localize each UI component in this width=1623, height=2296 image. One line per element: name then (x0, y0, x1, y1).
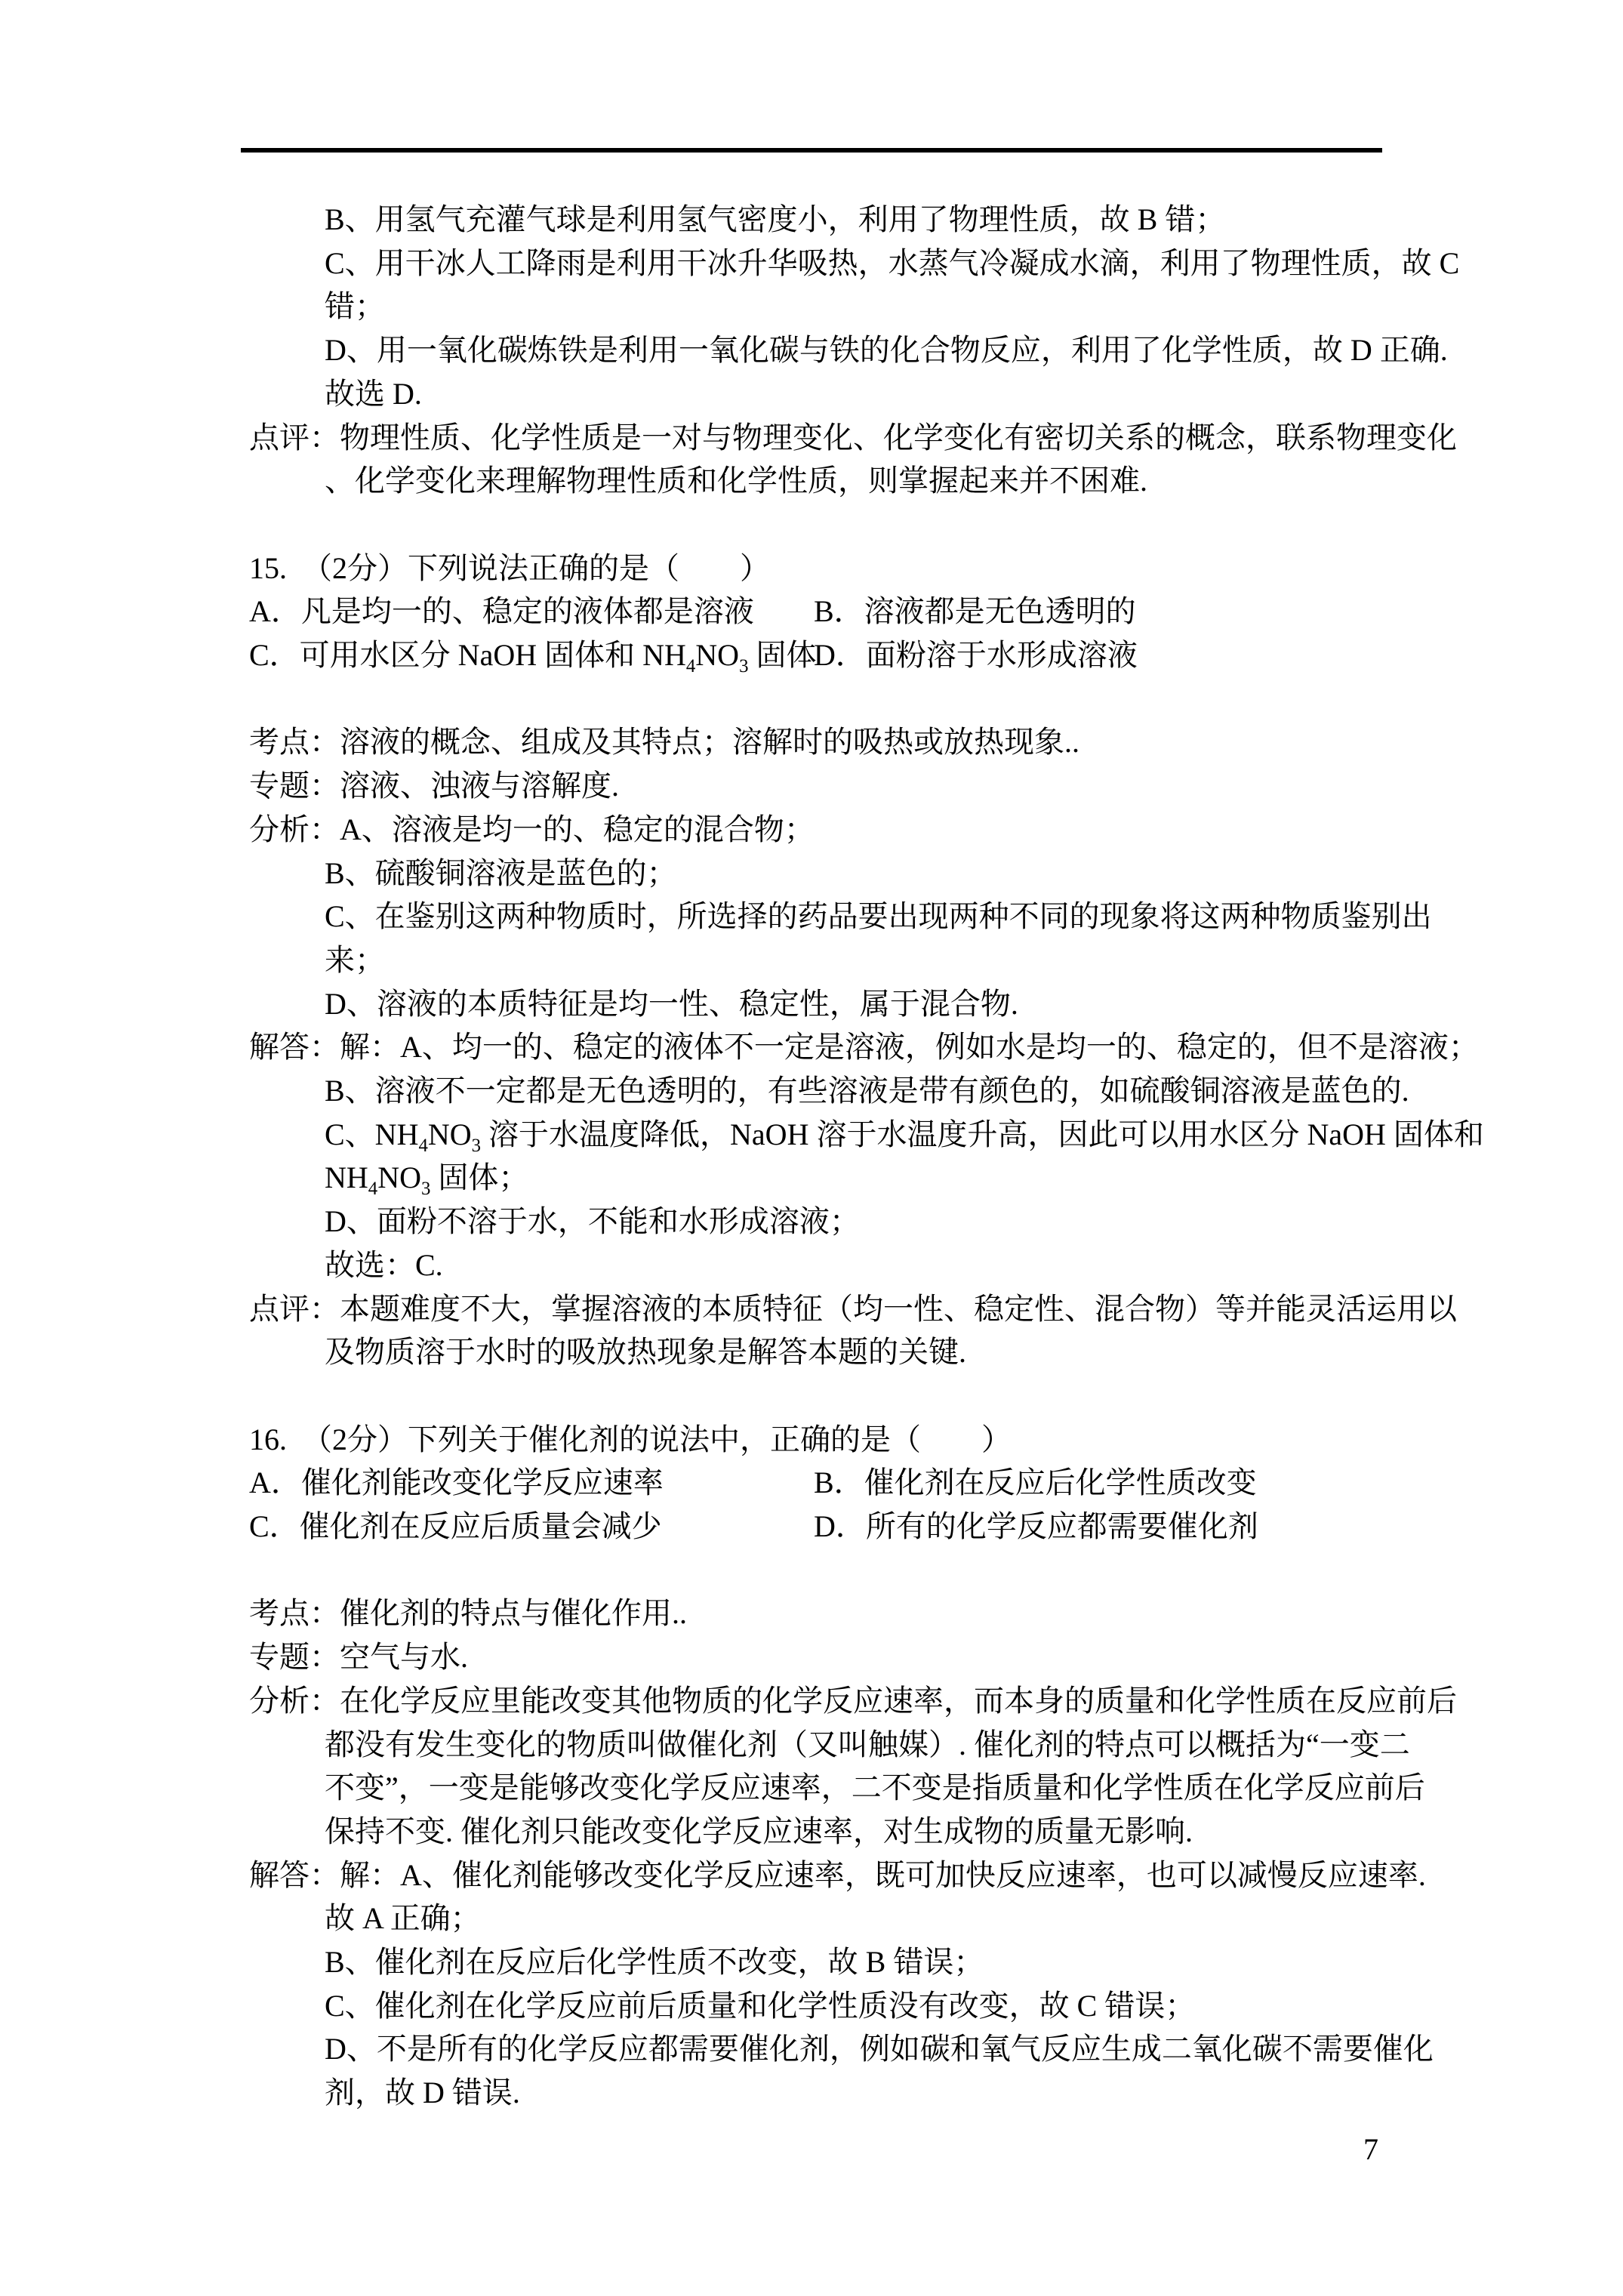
page-number: 7 (1363, 2128, 1378, 2171)
question15-fenxi-d: D、溶液的本质特征是均一性、稳定性，属于混合物. (249, 982, 1532, 1026)
prev-comment-line1: 点评：物理性质、化学性质是一对与物理变化、化学变化有密切关系的概念，联系物理变化 (249, 416, 1532, 460)
subscript: 4 (418, 1136, 427, 1156)
question15-fenxi-c-line1: C、在鉴别这两种物质时，所选择的药品要出现两种不同的现象将这两种物质鉴别出 (249, 895, 1532, 938)
question16-fenxi-line1: 分析：在化学反应里能改变其他物质的化学反应速率，而本身的质量和化学性质在反应前后 (249, 1679, 1532, 1723)
question15-title: 15. （2分）下列说法正确的是（ ） (249, 547, 1532, 590)
prev-answer-option-d: D、用一氧化碳炼铁是利用一氧化碳与铁的化合物反应，利用了化学性质，故 D 正确. (249, 328, 1532, 372)
question15-options-row2: C．可用水区分 NaOH 固体和 NH4NO3 固体 D．面粉溶于水形成溶液 (249, 633, 1532, 677)
question16-title: 16. （2分）下列关于催化剂的说法中，正确的是（ ） (249, 1418, 1532, 1462)
blank-line (249, 677, 1532, 721)
fenxi-label: 分析： (249, 1684, 340, 1718)
question15-fenxi-c-line2: 来； (249, 938, 1532, 982)
fenxi-text: A、溶液是均一的、稳定的混合物； (340, 812, 815, 846)
blank-line (249, 1549, 1532, 1592)
zhuanti-label: 专题： (249, 769, 340, 803)
question15-options-row1: A．凡是均一的、稳定的液体都是溶液 B．溶液都是无色透明的 (249, 590, 1532, 633)
question16-option-d: D．所有的化学反应都需要催化剂 (814, 1505, 1258, 1549)
dianping-text: 本题难度不大，掌握溶液的本质特征（均一性、稳定性、混合物）等并能灵活运用以 (340, 1292, 1457, 1326)
question15-jieda-c-line1: C、NH4NO3 溶于水温度降低，NaOH 溶于水温度升高，因此可以用水区分 N… (249, 1113, 1532, 1157)
question15-jieda-conclusion: 故选：C. (249, 1244, 1532, 1287)
fenxi-text: 在化学反应里能改变其他物质的化学反应速率，而本身的质量和化学性质在反应前后 (340, 1684, 1457, 1718)
subscript: 3 (472, 1136, 481, 1156)
question15-option-a: A．凡是均一的、稳定的液体都是溶液 (249, 590, 814, 633)
jieda-label: 解答： (249, 1030, 340, 1064)
kaodian-label: 考点： (249, 725, 340, 759)
question15-dianping-line1: 点评：本题难度不大，掌握溶液的本质特征（均一性、稳定性、混合物）等并能灵活运用以 (249, 1287, 1532, 1331)
subscript: 3 (739, 656, 748, 676)
fenxi-label: 分析： (249, 812, 340, 846)
question15-jieda-d: D、面粉不溶于水，不能和水形成溶液； (249, 1200, 1532, 1244)
question16-fenxi-line2: 都没有发生变化的物质叫做催化剂（又叫触媒）. 催化剂的特点可以概括为“一变二 (249, 1723, 1532, 1767)
question16-options-row1: A．催化剂能改变化学反应速率 B．催化剂在反应后化学性质改变 (249, 1461, 1532, 1505)
prev-answer-option-c-line2: 错； (249, 285, 1532, 328)
question15-option-d: D．面粉溶于水形成溶液 (814, 633, 1138, 677)
comment-text: 物理性质、化学性质是一对与物理变化、化学变化有密切关系的概念，联系物理变化 (340, 421, 1457, 455)
kaodian-text: 溶液的概念、组成及其特点；溶解时的吸热或放热现象.. (340, 725, 1079, 759)
question16-jieda-line2: 故 A 正确； (249, 1897, 1532, 1940)
zhuanti-text: 溶液、浊液与溶解度. (340, 769, 619, 803)
question15-zhuanti: 专题：溶液、浊液与溶解度. (249, 764, 1532, 808)
question16-option-b: B．催化剂在反应后化学性质改变 (814, 1461, 1257, 1505)
kaodian-label: 考点： (249, 1596, 340, 1630)
question16-options-row2: C．催化剂在反应后质量会减少 D．所有的化学反应都需要催化剂 (249, 1505, 1532, 1549)
question15-jieda-c-line2: NH4NO3 固体； (249, 1156, 1532, 1200)
subscript: 4 (368, 1179, 377, 1199)
comment-label: 点评： (249, 421, 340, 455)
question15-fenxi-b: B、硫酸铜溶液是蓝色的； (249, 852, 1532, 895)
question16-fenxi-line4: 保持不变. 催化剂只能改变化学反应速率，对生成物的质量无影响. (249, 1810, 1532, 1854)
question16-jieda-line6: 剂，故 D 错误. (249, 2071, 1532, 2115)
zhuanti-text: 空气与水. (340, 1640, 468, 1674)
jieda-text: 解：A、催化剂能够改变化学反应速率，既可加快反应速率，也可以减慢反应速率. (340, 1858, 1426, 1892)
question15-option-b: B．溶液都是无色透明的 (814, 590, 1136, 633)
prev-comment-line2: 、化学变化来理解物理性质和化学性质，则掌握起来并不困难. (249, 459, 1532, 503)
question16-jieda-line5: D、不是所有的化学反应都需要催化剂，例如碳和氧气反应生成二氧化碳不需要催化 (249, 2027, 1532, 2071)
subscript: 3 (421, 1179, 430, 1199)
question16-option-c: C．催化剂在反应后质量会减少 (249, 1505, 814, 1549)
question16-fenxi-line3: 不变”，一变是能够改变化学反应速率，二不变是指质量和化学性质在化学反应前后 (249, 1766, 1532, 1810)
question15-option-c: C．可用水区分 NaOH 固体和 NH4NO3 固体 (249, 633, 814, 677)
jieda-label: 解答： (249, 1858, 340, 1892)
document-page: B、用氢气充灌气球是利用氢气密度小，利用了物理性质，故 B 错； C、用干冰人工… (0, 0, 1623, 2296)
prev-answer-option-b: B、用氢气充灌气球是利用氢气密度小，利用了物理性质，故 B 错； (249, 198, 1532, 242)
question15-dianping-line2: 及物质溶于水时的吸放热现象是解答本题的关键. (249, 1330, 1532, 1374)
question16-jieda-line3: B、催化剂在反应后化学性质不改变，故 B 错误； (249, 1940, 1532, 1984)
blank-line (249, 503, 1532, 547)
question15-fenxi-a: 分析：A、溶液是均一的、稳定的混合物； (249, 808, 1532, 852)
header-divider (241, 148, 1382, 153)
prev-answer-conclusion: 故选 D. (249, 372, 1532, 416)
question16-kaodian: 考点：催化剂的特点与催化作用.. (249, 1592, 1532, 1635)
question15-kaodian: 考点：溶液的概念、组成及其特点；溶解时的吸热或放热现象.. (249, 720, 1532, 764)
jieda-text: 解：A、均一的、稳定的液体不一定是溶液，例如水是均一的、稳定的，但不是溶液； (340, 1030, 1479, 1064)
blank-line (249, 1374, 1532, 1418)
question16-option-a: A．催化剂能改变化学反应速率 (249, 1461, 814, 1505)
subscript: 4 (686, 656, 695, 676)
question15-jieda-a: 解答：解：A、均一的、稳定的液体不一定是溶液，例如水是均一的、稳定的，但不是溶液… (249, 1025, 1532, 1069)
question16-zhuanti: 专题：空气与水. (249, 1635, 1532, 1679)
page-content: B、用氢气充灌气球是利用氢气密度小，利用了物理性质，故 B 错； C、用干冰人工… (249, 198, 1532, 2115)
dianping-label: 点评： (249, 1292, 340, 1326)
question16-jieda-line1: 解答：解：A、催化剂能够改变化学反应速率，既可加快反应速率，也可以减慢反应速率. (249, 1854, 1532, 1897)
kaodian-text: 催化剂的特点与催化作用.. (340, 1596, 687, 1630)
zhuanti-label: 专题： (249, 1640, 340, 1674)
question15-jieda-b: B、溶液不一定都是无色透明的，有些溶液是带有颜色的，如硫酸铜溶液是蓝色的. (249, 1069, 1532, 1113)
question16-jieda-line4: C、催化剂在化学反应前后质量和化学性质没有改变，故 C 错误； (249, 1984, 1532, 2028)
prev-answer-option-c-line1: C、用干冰人工降雨是利用干冰升华吸热，水蒸气冷凝成水滴，利用了物理性质，故 C (249, 242, 1532, 285)
